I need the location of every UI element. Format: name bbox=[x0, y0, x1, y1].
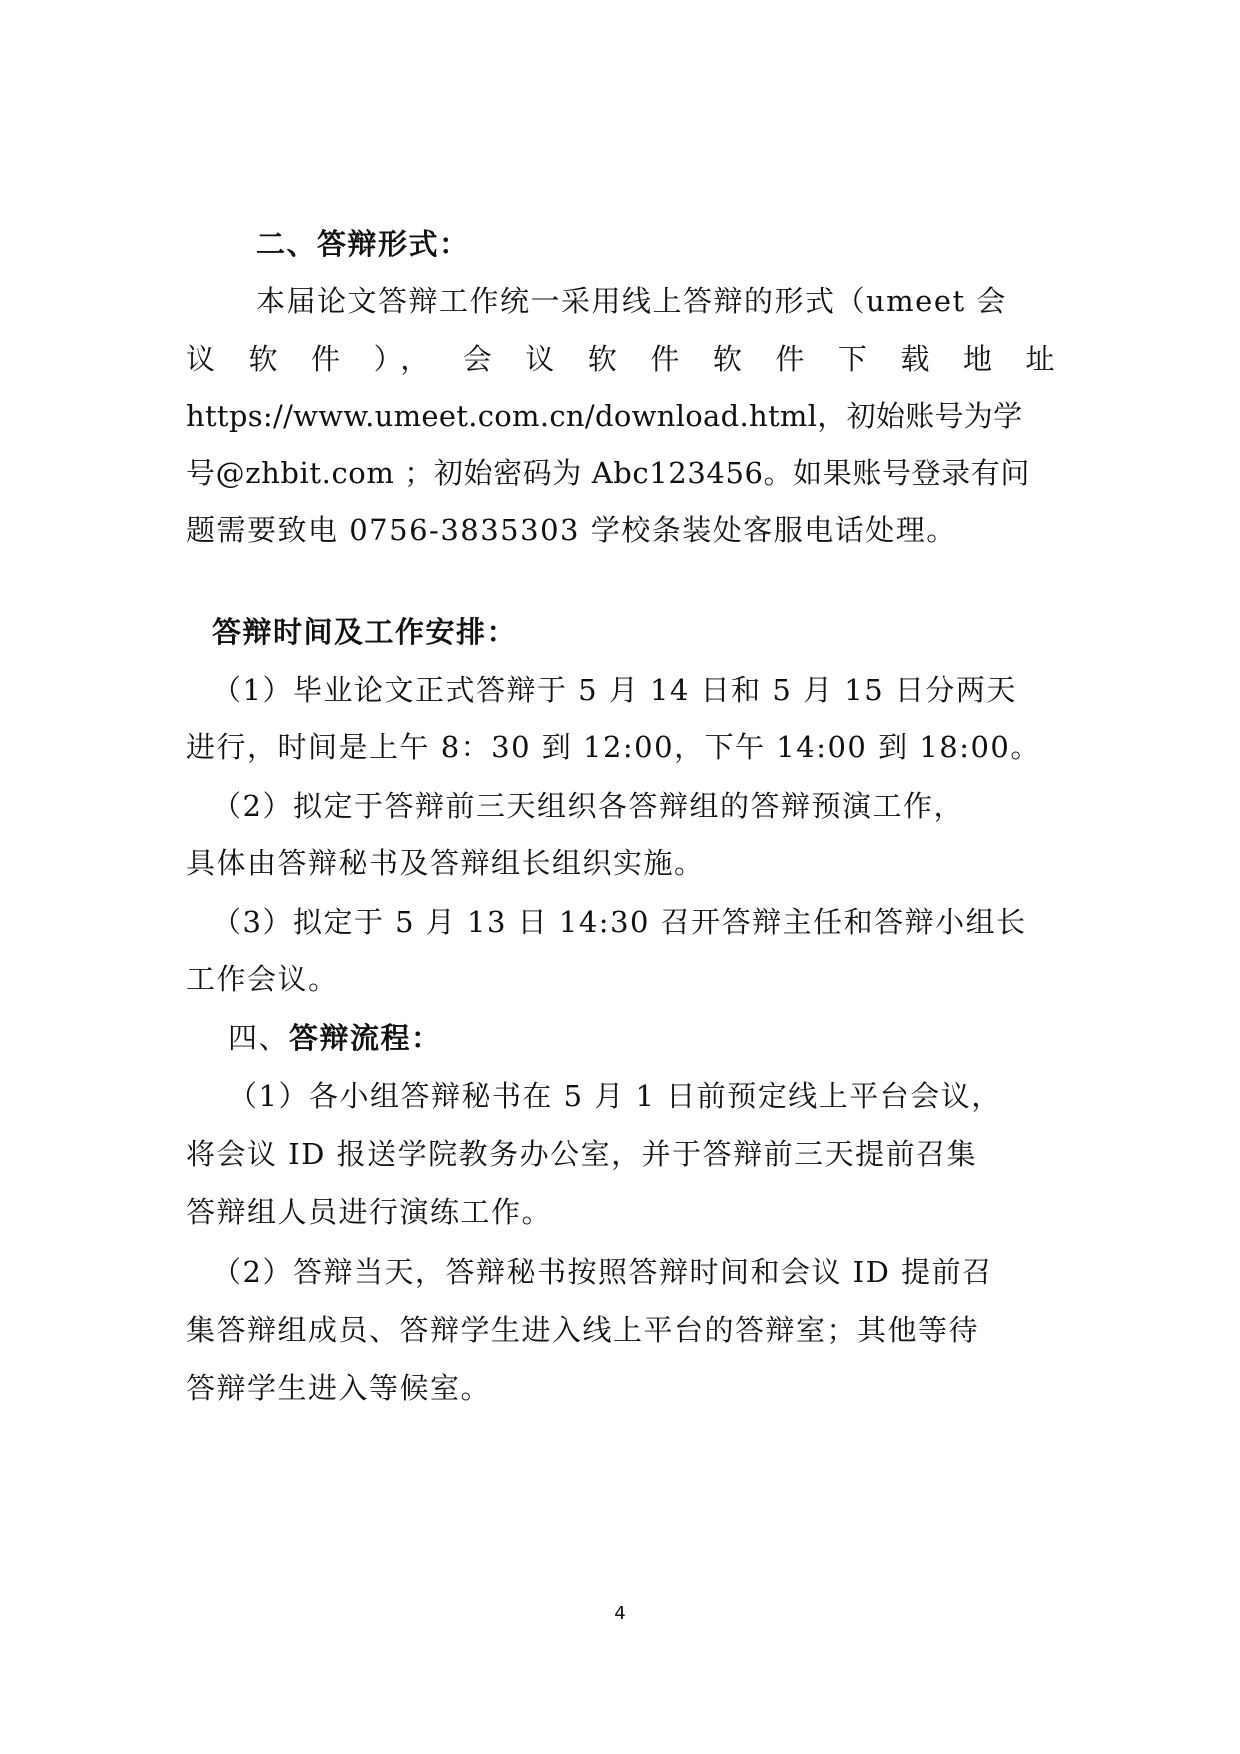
paragraph-line: 题需要致电 0756-3835303 学校条装处客服电话处理。 bbox=[186, 510, 1056, 550]
paragraph-line: 具体由答辩秘书及答辩组长组织实施。 bbox=[186, 843, 1056, 883]
document-page: 二、答辩形式： 本届论文答辩工作统一采用线上答辩的形式（umeet 会 议 软 … bbox=[0, 0, 1240, 1754]
paragraph-line: 议 软 件 ）， 会 议 软 件 软 件 下 载 地 址 bbox=[186, 339, 1056, 379]
paragraph-line: （1）各小组答辩秘书在 5 月 1 日前预定线上平台会议， bbox=[228, 1076, 1098, 1116]
paragraph-line: （1）毕业论文正式答辩于 5 月 14 日和 5 月 15 日分两天 bbox=[212, 670, 1082, 710]
section-heading-schedule: 答辩时间及工作安排： bbox=[212, 612, 1082, 652]
section-heading-answer-format: 二、答辩形式： bbox=[256, 224, 1126, 264]
paragraph-line: 本届论文答辩工作统一采用线上答辩的形式（umeet 会 bbox=[256, 281, 1056, 321]
page-number: 4 bbox=[600, 1603, 640, 1624]
paragraph-line: https://www.umeet.com.cn/download.html，初… bbox=[186, 396, 1056, 436]
heading-prefix: 四、 bbox=[228, 1021, 289, 1055]
paragraph-line: 进行，时间是上午 8：30 到 12:00，下午 14:00 到 18:00。 bbox=[186, 727, 1056, 767]
paragraph-line: 答辩学生进入等候室。 bbox=[186, 1368, 1056, 1408]
paragraph-line: 工作会议。 bbox=[186, 959, 1056, 999]
paragraph-line: 将会议 ID 报送学院教务办公室，并于答辩前三天提前召集 bbox=[186, 1134, 1056, 1174]
paragraph-line: 答辩组人员进行演练工作。 bbox=[186, 1192, 1056, 1232]
paragraph-line: 集答辩组成员、答辩学生进入线上平台的答辩室；其他等待 bbox=[186, 1310, 1056, 1350]
paragraph-line: （2）拟定于答辩前三天组织各答辩组的答辩预演工作， bbox=[212, 786, 1082, 826]
paragraph-line: 号@zhbit.com ；初始密码为 Abc123456。如果账号登录有问 bbox=[186, 453, 1056, 493]
paragraph-line: （3）拟定于 5 月 13 日 14:30 召开答辩主任和答辩小组长 bbox=[212, 902, 1082, 942]
paragraph-line: （2）答辩当天，答辩秘书按照答辩时间和会议 ID 提前召 bbox=[212, 1252, 1082, 1292]
section-heading-process: 四、答辩流程： bbox=[228, 1018, 1098, 1058]
heading-text: 答辩流程： bbox=[289, 1021, 442, 1055]
